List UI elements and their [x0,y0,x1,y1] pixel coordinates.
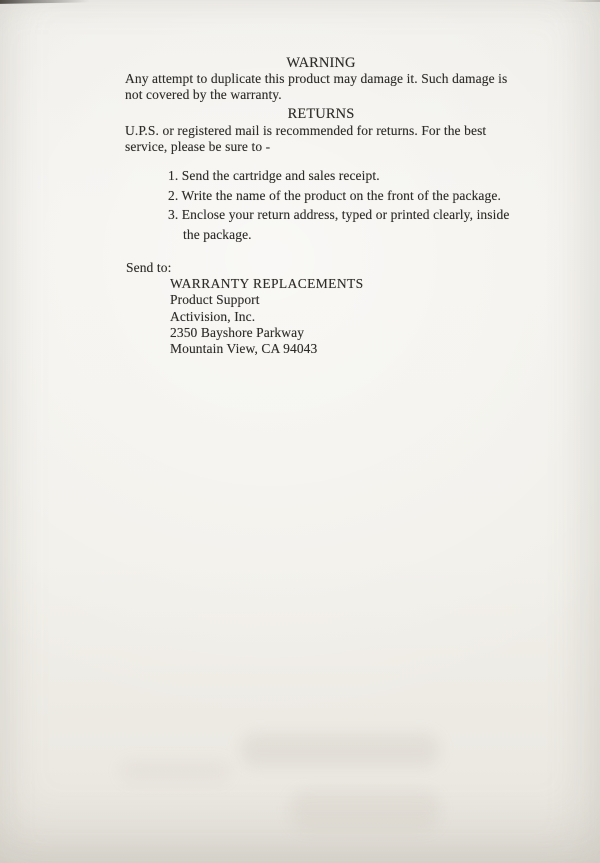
address-line-city: Mountain View, CA 94043 [170,341,364,357]
returns-heading: RETURNS [125,106,517,122]
address-line-department: Product Support [170,292,364,308]
returns-steps-list: 1. Send the cartridge and sales receipt.… [168,166,538,244]
paper-bleedthrough-mark [290,790,440,830]
returns-step-1: 1. Send the cartridge and sales receipt. [168,166,538,186]
warning-line-2: not covered by the warranty. [125,87,525,103]
paper-bleedthrough-mark [120,760,230,782]
warning-heading: WARNING [125,55,517,71]
paper-bleedthrough-mark [240,733,440,767]
address-line-street: 2350 Bayshore Parkway [170,325,364,341]
scanned-warranty-page: WARNING Any attempt to duplicate this pr… [0,0,600,863]
returns-line-2: service, please be sure to - [125,139,525,155]
returns-paragraph: U.P.S. or registered mail is recommended… [125,123,525,155]
address-line-company: Activision, Inc. [170,309,364,325]
scan-edge-artifact-right [560,0,600,2]
address-line-recipient: WARRANTY REPLACEMENTS [170,276,364,292]
returns-step-2: 2. Write the name of the product on the … [168,186,538,206]
return-address-block: WARRANTY REPLACEMENTS Product Support Ac… [170,276,364,357]
returns-step-3: 3. Enclose your return address, typed or… [168,205,538,244]
returns-line-1: U.P.S. or registered mail is recommended… [125,123,525,139]
warning-paragraph: Any attempt to duplicate this product ma… [125,71,525,103]
send-to-label: Send to: [126,260,171,276]
scan-edge-artifact [0,0,106,4]
warning-line-1: Any attempt to duplicate this product ma… [125,71,525,87]
